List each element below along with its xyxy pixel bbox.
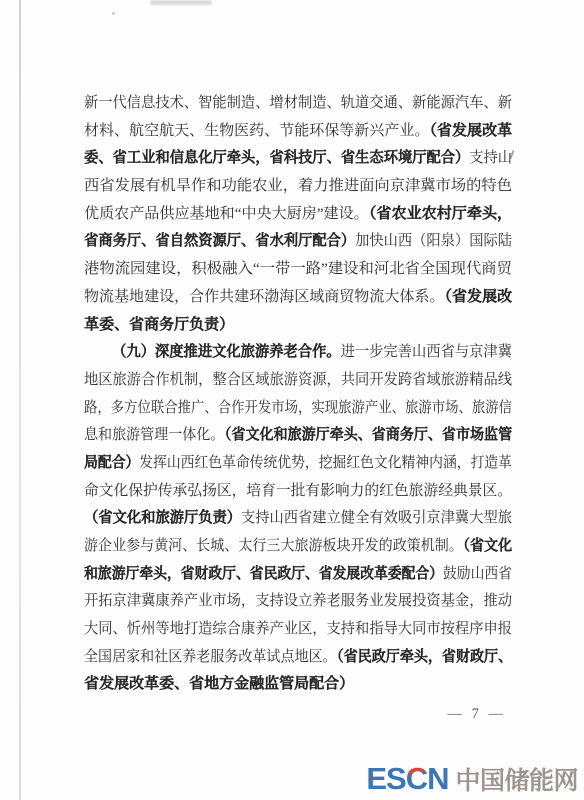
text-line-content: 命文化保护传承弘扬区，培育一批有影响力的红色旅游经典景区。 xyxy=(84,478,512,506)
text-segment: （省文化 xyxy=(463,538,512,554)
text-segment: 全国居家和社区养老服务改革试点地区。 xyxy=(84,649,337,665)
document-text-line: 物流基地建设，合作共建环渤海区域商贸物流大体系。（省发展改 xyxy=(84,284,512,312)
text-segment: （省文化和旅游厅负责） xyxy=(84,510,241,526)
text-segment: 大同、忻州等地打造综合康养产业区，支持和指导大同市按程序申报 xyxy=(84,621,512,637)
text-segment: 局配合） xyxy=(84,455,139,471)
text-segment: 革委、省商务厅负责） xyxy=(84,317,234,333)
text-segment: 进一步完善山西省与京津冀 xyxy=(341,344,512,360)
text-line-content: 省发展改革委、省地方金融监管局配合） xyxy=(84,671,354,699)
text-segment: （省文化和旅游厅牵头、省商务厅、省市场监管 xyxy=(224,427,512,443)
text-segment: 命文化保护传承弘扬区，培育一批有影响力的红色旅游经典景区。 xyxy=(84,483,512,499)
text-segment: 开拓京津冀康养产业市场，支持设立养老服务业发展投资基金，推动 xyxy=(84,593,512,609)
page-edge-line xyxy=(19,0,21,800)
escn-watermark-logo: ESCN 中国储能网 xyxy=(366,763,578,794)
document-text-line: 息和旅游管理一体化。（省文化和旅游厅牵头、省商务厅、省市场监管 xyxy=(84,422,512,450)
text-line-content: 游企业参与黄河、长城、太行三大旅游板块开发的政策机制。（省文化 xyxy=(84,533,512,561)
document-text-line: 地区旅游合作机制，整合区域旅游资源，共同开发跨省域旅游精品线 xyxy=(84,367,512,395)
text-line-content: 省商务厅、省自然资源厅、省水利厅配合）加快山西（阳泉）国际陆 xyxy=(84,228,512,256)
document-text-line: （省文化和旅游厅负责）支持山西省建立健全有效吸引京津冀大型旅 xyxy=(84,505,512,533)
text-segment: 支持山 xyxy=(469,150,512,166)
document-text-line: 命文化保护传承弘扬区，培育一批有影响力的红色旅游经典景区。 xyxy=(84,478,512,506)
text-line-content: 地区旅游合作机制，整合区域旅游资源，共同开发跨省域旅游精品线 xyxy=(84,367,512,395)
text-segment: 加快山西（阳泉）国际陆 xyxy=(355,233,512,249)
document-text-line: 港物流园建设，积极融入“一带一路”建设和河北省全国现代商贸 xyxy=(84,256,512,284)
document-text-line: 路，多方位联合推广、合作开发市场，实现旅游产业、旅游市场、旅游信 xyxy=(84,395,512,423)
text-line-content: （省文化和旅游厅负责）支持山西省建立健全有效吸引京津冀大型旅 xyxy=(84,505,512,533)
text-segment: 西省发展有机旱作和功能农业，着力推进面向京津冀市场的特色 xyxy=(84,178,512,194)
scanned-document-page: 新一代信息技术、智能制造、增材制造、轨道交通、新能源汽车、新材料、航空航天、生物… xyxy=(0,0,584,800)
document-text-line: 大同、忻州等地打造综合康养产业区，支持和指导大同市按程序申报 xyxy=(84,616,512,644)
document-text-line: 省发展改革委、省地方金融监管局配合） xyxy=(84,671,512,699)
text-segment: （九）深度推进文化旅游养老合作。 xyxy=(112,344,341,360)
text-line-content: 全国居家和社区养老服务改革试点地区。（省民政厅牵头，省财政厅、 xyxy=(84,644,512,672)
logo-text-escn: ESCN xyxy=(366,763,448,794)
document-text-line: 材料、航空航天、生物医药、节能环保等新兴产业。（省发展改革 xyxy=(84,118,512,146)
document-text-line: 和旅游厅牵头，省财政厅、省民政厅、省发展改革委配合）鼓励山西省 xyxy=(84,561,512,589)
text-line-content: 革委、省商务厅负责） xyxy=(84,312,234,340)
document-text-line: 西省发展有机旱作和功能农业，着力推进面向京津冀市场的特色 xyxy=(84,173,512,201)
scan-artifact-dot xyxy=(112,12,115,15)
text-segment: 省发展改革委、省地方金融监管局配合） xyxy=(84,676,354,692)
text-segment: （省农业农村厅牵头， xyxy=(369,206,512,222)
text-segment: 优质农产品供应基地和“中央大厨房”建设。 xyxy=(84,206,369,222)
text-segment: 息和旅游管理一体化。 xyxy=(84,427,224,443)
page-number: — 7 — xyxy=(448,706,507,723)
document-text-line: 革委、省商务厅负责） xyxy=(84,312,512,340)
scan-artifact-smudge xyxy=(150,0,212,5)
document-text-line: 全国居家和社区养老服务改革试点地区。（省民政厅牵头，省财政厅、 xyxy=(84,644,512,672)
text-segment: 游企业参与黄河、长城、太行三大旅游板块开发的政策机制。 xyxy=(84,538,463,554)
text-segment: 港物流园建设，积极融入“一带一路”建设和河北省全国现代商贸 xyxy=(84,261,512,277)
logo-letter-c: C xyxy=(406,761,427,796)
text-line-content: 材料、航空航天、生物医药、节能环保等新兴产业。（省发展改革 xyxy=(84,118,512,146)
text-segment: （省发展改革 xyxy=(429,123,512,139)
text-line-content: 港物流园建设，积极融入“一带一路”建设和河北省全国现代商贸 xyxy=(84,256,512,284)
text-line-content: 新一代信息技术、智能制造、增材制造、轨道交通、新能源汽车、新 xyxy=(84,90,512,118)
document-text-line: （九）深度推进文化旅游养老合作。进一步完善山西省与京津冀 xyxy=(84,339,512,367)
text-line-content: 委、省工业和信息化厅牵头，省科技厅、省生态环境厅配合）支持山 xyxy=(84,145,512,173)
text-segment: 和旅游厅牵头，省财政厅、省民政厅、省发展改革委配合） xyxy=(84,566,443,582)
document-text-line: 新一代信息技术、智能制造、增材制造、轨道交通、新能源汽车、新 xyxy=(84,90,512,118)
text-segment: 委、省工业和信息化厅牵头，省科技厅、省生态环境厅配合） xyxy=(84,150,469,166)
logo-letters-es: ES xyxy=(366,761,405,796)
text-line-content: 路，多方位联合推广、合作开发市场，实现旅游产业、旅游市场、旅游信 xyxy=(84,395,512,423)
document-text-line: 游企业参与黄河、长城、太行三大旅游板块开发的政策机制。（省文化 xyxy=(84,533,512,561)
text-segment: 发挥山西红色革命传统优势，挖掘红色文化精神内涵，打造革 xyxy=(139,455,512,471)
text-line-content: 西省发展有机旱作和功能农业，着力推进面向京津冀市场的特色 xyxy=(84,173,512,201)
text-segment: 路，多方位联合推广、合作开发市场，实现旅游产业、旅游市场、旅游信 xyxy=(84,400,512,416)
text-segment: （省民政厅牵头，省财政厅、 xyxy=(337,649,512,665)
text-line-content: 局配合）发挥山西红色革命传统优势，挖掘红色文化精神内涵，打造革 xyxy=(84,450,512,478)
document-text-line: 优质农产品供应基地和“中央大厨房”建设。（省农业农村厅牵头， xyxy=(84,201,512,229)
text-line-content: （九）深度推进文化旅游养老合作。进一步完善山西省与京津冀 xyxy=(112,339,512,367)
text-segment: 地区旅游合作机制，整合区域旅游资源，共同开发跨省域旅游精品线 xyxy=(84,372,512,388)
text-line-content: 优质农产品供应基地和“中央大厨房”建设。（省农业农村厅牵头， xyxy=(84,201,512,229)
text-segment: 鼓励山西省 xyxy=(443,566,512,582)
logo-letter-n: N xyxy=(427,761,448,796)
text-segment: 支持山西省建立健全有效吸引京津冀大型旅 xyxy=(241,510,512,526)
text-segment: 省商务厅、省自然资源厅、省水利厅配合） xyxy=(84,233,355,249)
text-line-content: 息和旅游管理一体化。（省文化和旅游厅牵头、省商务厅、省市场监管 xyxy=(84,422,512,450)
document-text-line: 局配合）发挥山西红色革命传统优势，挖掘红色文化精神内涵，打造革 xyxy=(84,450,512,478)
text-segment: 材料、航空航天、生物医药、节能环保等新兴产业。 xyxy=(84,123,429,139)
text-line-content: 大同、忻州等地打造综合康养产业区，支持和指导大同市按程序申报 xyxy=(84,616,512,644)
text-segment: 物流基地建设，合作共建环渤海区域商贸物流大体系。 xyxy=(84,289,444,305)
document-text-line: 开拓京津冀康养产业市场，支持设立养老服务业发展投资基金，推动 xyxy=(84,588,512,616)
text-line-content: 和旅游厅牵头，省财政厅、省民政厅、省发展改革委配合）鼓励山西省 xyxy=(84,561,512,589)
text-line-content: 开拓京津冀康养产业市场，支持设立养老服务业发展投资基金，推动 xyxy=(84,588,512,616)
site-name: 中国储能网 xyxy=(455,769,578,794)
text-segment: 新一代信息技术、智能制造、增材制造、轨道交通、新能源汽车、新 xyxy=(84,95,512,111)
document-text-line: 委、省工业和信息化厅牵头，省科技厅、省生态环境厅配合）支持山 xyxy=(84,145,512,173)
text-segment: （省发展改 xyxy=(444,289,512,305)
text-line-content: 物流基地建设，合作共建环渤海区域商贸物流大体系。（省发展改 xyxy=(84,284,512,312)
document-text-line: 省商务厅、省自然资源厅、省水利厅配合）加快山西（阳泉）国际陆 xyxy=(84,228,512,256)
document-body: 新一代信息技术、智能制造、增材制造、轨道交通、新能源汽车、新材料、航空航天、生物… xyxy=(84,90,512,699)
